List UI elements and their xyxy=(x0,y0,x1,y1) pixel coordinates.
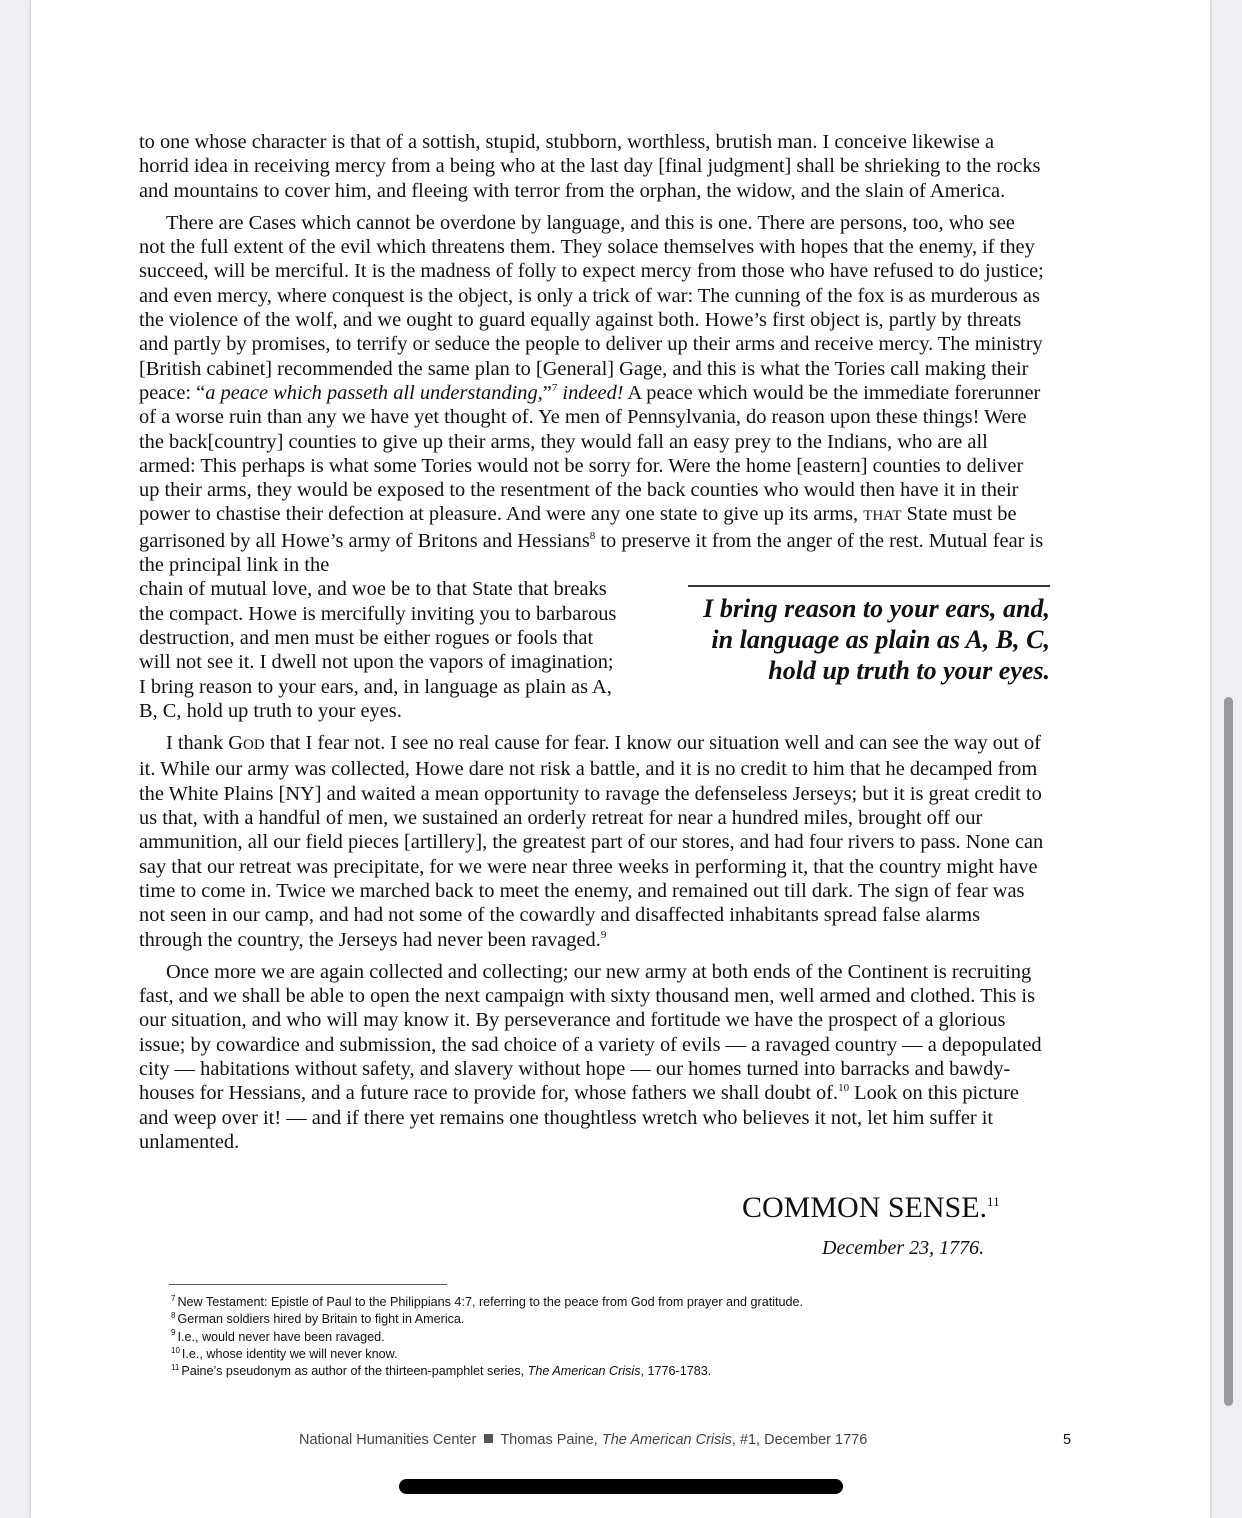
text-run: I thank xyxy=(166,732,228,754)
pullquote: I bring reason to your ears, and, in lan… xyxy=(688,585,1050,686)
square-bullet-icon xyxy=(484,1434,493,1443)
signature: COMMON SENSE.11 xyxy=(742,1190,1000,1226)
text-run: that I fear not. I see no real cause for… xyxy=(139,732,1043,950)
paragraph-2-continued: chain of mutual love, and woe be to that… xyxy=(139,577,625,723)
text-run: G xyxy=(228,732,243,754)
paragraph-1: to one whose character is that of a sott… xyxy=(139,130,1045,203)
footnote-text: I.e., whose identity we will never know. xyxy=(182,1347,398,1361)
footnote-number: 9 xyxy=(171,1328,175,1337)
footnotes: 7New Testament: Epistle of Paul to the P… xyxy=(171,1294,1071,1380)
paragraph-4: Once more we are again collected and col… xyxy=(139,960,1045,1154)
scripture-quote: a peace which passeth all understanding, xyxy=(205,382,543,404)
footnote-text: German soldiers hired by Britain to figh… xyxy=(177,1312,464,1326)
footnote-number: 8 xyxy=(171,1311,175,1320)
footer-author: Thomas Paine, xyxy=(500,1432,602,1448)
paragraph-3: I thank GOD that I fear not. I see no re… xyxy=(139,731,1045,952)
footnote-11: 11Paine’s pseudonym as author of the thi… xyxy=(171,1363,1071,1380)
signature-text: COMMON SENSE. xyxy=(742,1191,987,1224)
footnote-ref-11[interactable]: 11 xyxy=(987,1194,1000,1209)
footnote-text: Paine’s pseudonym as author of the thirt… xyxy=(181,1364,527,1378)
pullquote-section: chain of mutual love, and woe be to that… xyxy=(139,577,1045,723)
text-run: OD xyxy=(243,737,265,753)
footnote-title: The American Crisis xyxy=(528,1364,641,1378)
footer-details: , #1, December 1776 xyxy=(732,1432,867,1448)
page-footer: National Humanities CenterThomas Paine, … xyxy=(299,1432,867,1448)
footer-org: National Humanities Center xyxy=(299,1432,476,1448)
text-run: ” xyxy=(543,382,552,404)
footnote-ref-9[interactable]: 9 xyxy=(601,929,607,941)
vertical-scrollbar[interactable] xyxy=(1224,697,1233,1406)
footnote-8: 8German soldiers hired by Britain to fig… xyxy=(171,1311,1071,1328)
document-body: to one whose character is that of a sott… xyxy=(139,130,1045,1162)
text-run: indeed! xyxy=(557,382,623,404)
text-run: There are Cases which cannot be overdone… xyxy=(139,212,1044,404)
footnote-number: 11 xyxy=(171,1363,179,1372)
paragraph-2: There are Cases which cannot be overdone… xyxy=(139,211,1045,577)
footnote-9: 9I.e., would never have been ravaged. xyxy=(171,1329,1071,1346)
footnote-7: 7New Testament: Epistle of Paul to the P… xyxy=(171,1294,1071,1311)
footer-title: The American Crisis xyxy=(602,1432,732,1448)
footnote-10: 10I.e., whose identity we will never kno… xyxy=(171,1346,1071,1363)
letter-date: December 23, 1776. xyxy=(822,1237,984,1260)
page-number: 5 xyxy=(1063,1432,1071,1448)
small-caps-that: THAT xyxy=(863,508,901,524)
footnote-divider xyxy=(169,1284,447,1285)
footnote-number: 10 xyxy=(171,1346,180,1355)
footnote-ref-10[interactable]: 10 xyxy=(838,1082,849,1094)
footnote-text: , 1776-1783. xyxy=(641,1364,712,1378)
home-indicator[interactable] xyxy=(399,1479,843,1494)
footnote-text: New Testament: Epistle of Paul to the Ph… xyxy=(177,1295,803,1309)
small-caps-god: GOD xyxy=(228,732,264,754)
footnote-text: I.e., would never have been ravaged. xyxy=(177,1330,384,1344)
footnote-number: 7 xyxy=(171,1294,175,1303)
